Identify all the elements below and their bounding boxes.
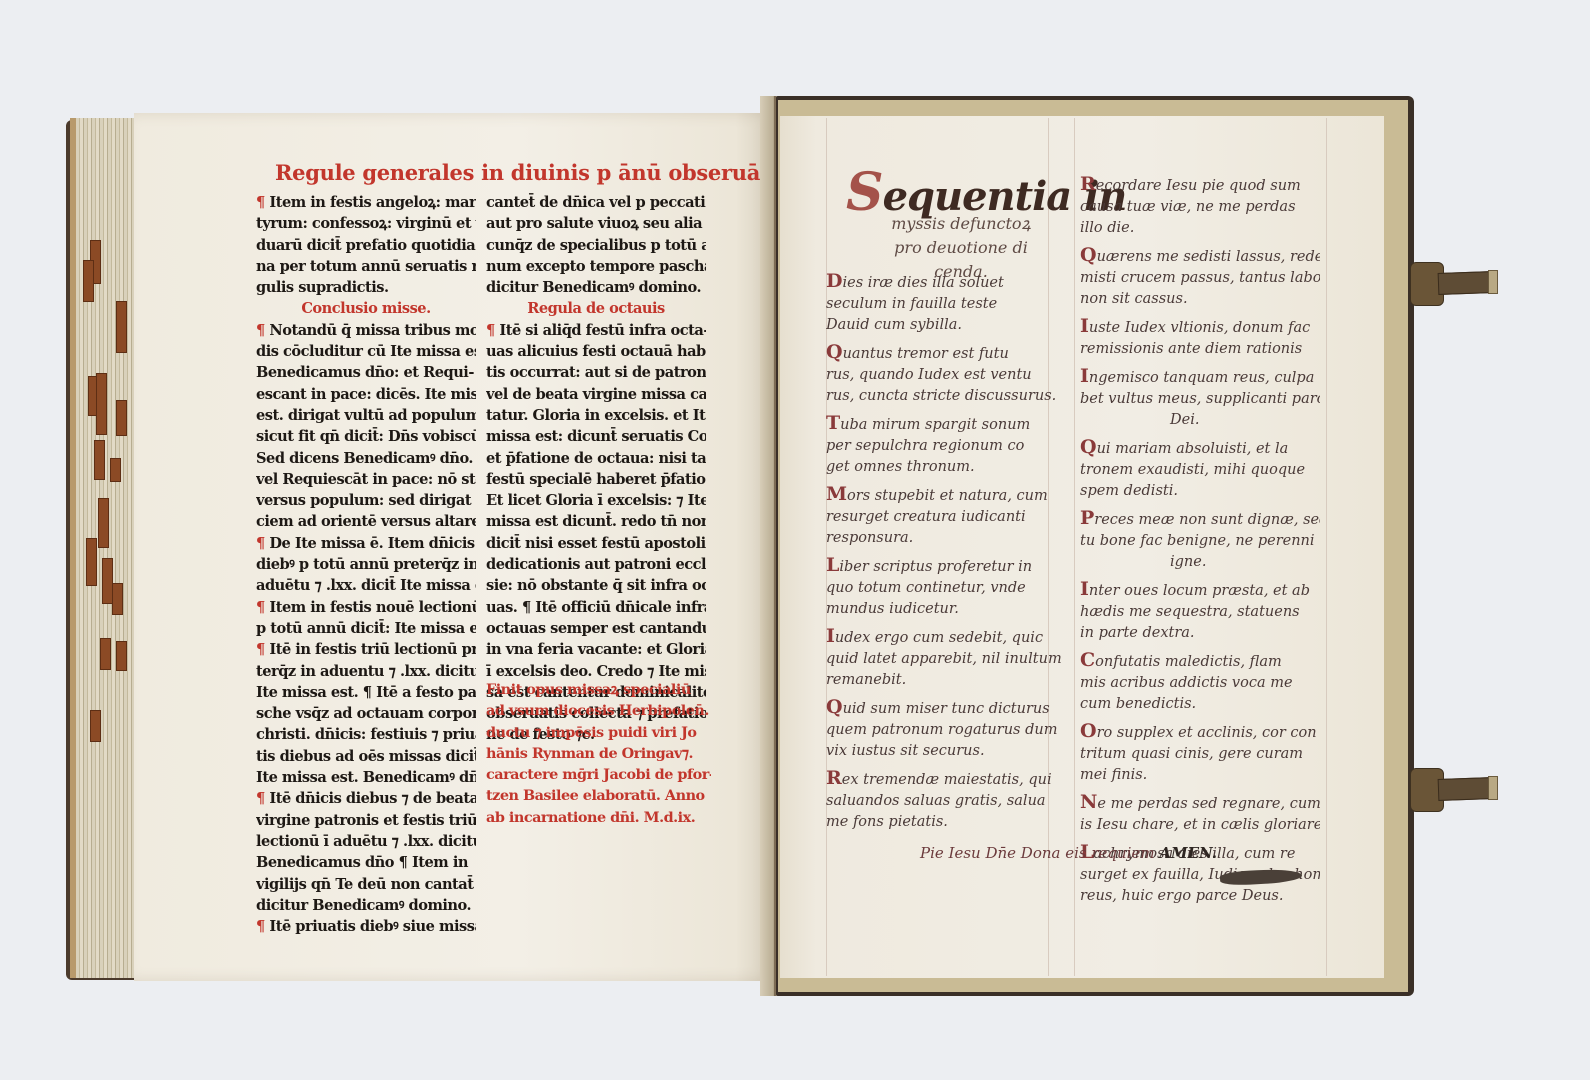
manuscript-text: iber scriptus proferetur in	[839, 559, 1032, 575]
manuscript-line: non sit cassus.	[1080, 289, 1320, 310]
manuscript-line: mundus iudicetur.	[826, 599, 1066, 620]
stanza: Liber scriptus proferetur inquo totum co…	[826, 555, 1066, 620]
stanza: Rex tremendæ maiestatis, quisaluandos sa…	[826, 768, 1066, 833]
printed-line: Ite missa est. ¶ Itē a festo pa-	[256, 682, 476, 703]
red-initial: R	[826, 768, 842, 789]
manuscript-line: me fons pietatis.	[826, 812, 1066, 833]
printed-line: diebꝰ p totū annū preterq̄z in	[256, 554, 476, 575]
manuscript-line: quid latet apparebit, nil inultum	[826, 649, 1066, 670]
red-initial: N	[1080, 792, 1097, 813]
manuscript-text: hædis me sequestra, statuens	[1080, 604, 1300, 620]
leather-tab	[116, 641, 127, 671]
manuscript-line: Dei.	[1080, 410, 1320, 431]
printed-line: missa est: dicunt̄ seruatis Coll.	[486, 426, 706, 447]
printed-line: sie: nō obstante q̄ sit infra octa	[486, 575, 706, 596]
rubric-heading: Conclusio misse.	[256, 298, 476, 319]
manuscript-line: bet vultus meus, supplicanti parce	[1080, 389, 1320, 410]
manuscript-line: seculum in fauilla teste	[826, 294, 1066, 315]
printed-line: tatur. Gloria in excelsis. et Ite	[486, 405, 706, 426]
printed-line: dicitur Benedicamꝰ domino.	[486, 277, 706, 298]
manuscript-text: nter oues locum præsta, et ab	[1089, 583, 1310, 599]
red-initial: Q	[826, 342, 843, 363]
closing-text: Pie Iesu Dn̄e Dona eis requiem	[920, 844, 1155, 862]
manuscript-text: uid sum miser tunc dicturus	[843, 701, 1050, 717]
manuscript-text: ro supplex et acclinis, cor con	[1097, 725, 1317, 741]
manuscript-text: non sit cassus.	[1080, 291, 1188, 307]
stanza: Inter oues locum præsta, et abhædis me s…	[1080, 579, 1320, 644]
printed-column-b: cantet̄ de dn̄ica vel p peccatisaut pro …	[486, 192, 706, 746]
manuscript-line: Ne me perdas sed regnare, cum tu	[1080, 792, 1320, 815]
manuscript-line: get omnes thronum.	[826, 457, 1066, 478]
manuscript-text: udex ergo cum sedebit, quic	[835, 630, 1043, 646]
printed-line: versus populum: sed dirigat fa	[256, 490, 476, 511]
colophon-line: ad vsum diocesis Herbipolen̄.	[486, 700, 711, 721]
printed-page-title: Regule generales in diuinis p ānū obseru…	[275, 160, 695, 185]
manuscript-text: ex tremendæ maiestatis, qui	[842, 772, 1052, 788]
pilcrow-icon: ¶	[256, 194, 265, 211]
pilcrow-icon: ¶	[256, 790, 265, 807]
manuscript-text: causa tuæ viæ, ne me perdas	[1080, 199, 1296, 215]
pilcrow-icon: ¶	[256, 535, 265, 552]
pilcrow-icon: ¶	[256, 599, 265, 616]
manuscript-line: resurget creatura iudicanti	[826, 507, 1066, 528]
red-initial: Q	[826, 697, 843, 718]
manuscript-text: remanebit.	[826, 672, 906, 688]
printed-line: dedicationis aut patroni eccle	[486, 554, 706, 575]
metal-clasp-top	[1410, 262, 1496, 304]
printed-line: na per totum annū seruatis re	[256, 256, 476, 277]
printed-line: ¶ Item in festis angeloꝝ: mar	[256, 192, 476, 213]
stanza: Tuba mirum spargit sonumper sepulchra re…	[826, 413, 1066, 478]
manuscript-text: uantus tremor est futu	[843, 346, 1009, 362]
printed-line: ciem ad orientē versus altare.	[256, 511, 476, 532]
manuscript-line: Dauid cum sybilla.	[826, 315, 1066, 336]
manuscript-line: Iuste Iudex vltionis, donum fac	[1080, 316, 1320, 339]
printed-line: sche vsq̄z ad octauam corporis	[256, 703, 476, 724]
manuscript-text: onfutatis maledictis, flam	[1095, 654, 1282, 670]
leather-tab	[112, 583, 123, 615]
manuscript-text: mis acribus addictis voca me	[1080, 675, 1293, 691]
manuscript-text: ui mariam absoluisti, et la	[1097, 441, 1289, 457]
stanza: Iuste Iudex vltionis, donum facremission…	[1080, 316, 1320, 360]
pilcrow-icon: ¶	[256, 918, 265, 935]
manuscript-text: quid latet apparebit, nil inultum	[826, 651, 1062, 667]
manuscript-text: mei finis.	[1080, 767, 1147, 783]
amen-text: AMEN.	[1159, 844, 1217, 862]
stanza: Confutatis maledictis, flammis acribus a…	[1080, 650, 1320, 715]
printed-line: terq̄z in aduentu ⁊ .lxx. dicitur:	[256, 661, 476, 682]
manuscript-line: Mors stupebit et natura, cum	[826, 484, 1066, 507]
manuscript-line: mis acribus addictis voca me	[1080, 673, 1320, 694]
manuscript-text: uba mirum spargit sonum	[840, 417, 1030, 433]
manuscript-text: tritum quasi cinis, gere curam	[1080, 746, 1303, 762]
printed-line: escant in pace: dicēs. Ite missa	[256, 384, 476, 405]
printed-line: Ite missa est. Benedicamꝰ dn̄o	[256, 767, 476, 788]
manuscript-line: tu bone fac benigne, ne perenni	[1080, 531, 1320, 552]
colophon: Finit opus missaꝝ specialiū ad vsum dioc…	[486, 679, 711, 828]
red-initial: R	[1080, 174, 1096, 195]
manuscript-line: Preces meæ non sunt dignæ, sed	[1080, 508, 1320, 531]
printed-text: Itē dn̄icis diebus ⁊ de beata	[265, 790, 476, 807]
red-initial: Q	[1080, 437, 1097, 458]
colophon-line: ductu ⁊ impēsis puidi viri Jo	[486, 722, 711, 743]
printed-line: p totū annū dicit̄: Ite missa est.	[256, 618, 476, 639]
manuscript-text: cum benedictis.	[1080, 696, 1196, 712]
stanza: Mors stupebit et natura, cumresurget cre…	[826, 484, 1066, 549]
manuscript-text: resurget creatura iudicanti	[826, 509, 1026, 525]
pilcrow-icon: ¶	[256, 322, 265, 339]
stanza: Quærens me sedisti lassus, redemisti cru…	[1080, 245, 1320, 310]
manuscript-line: spem dedisti.	[1080, 481, 1320, 502]
manuscript-text: me fons pietatis.	[826, 814, 948, 830]
printed-line: Benedicamus dn̄o: et Requi-	[256, 362, 476, 383]
manuscript-line: reus, huic ergo parce Deus.	[1080, 886, 1320, 907]
ruling-line	[1326, 118, 1327, 976]
manuscript-text: vix iustus sit securus.	[826, 743, 985, 759]
printed-line: dicitur Benedicamꝰ domino.	[256, 895, 476, 916]
red-initial: L	[826, 555, 839, 576]
printed-line: ¶ Item in festis nouē lectionū	[256, 597, 476, 618]
printed-line: tis diebus ad oēs missas dicit̄	[256, 746, 476, 767]
printed-line: festū specialē haberet p̄fationē	[486, 469, 706, 490]
printed-line: ¶ De Ite missa ē. Item dn̄icis	[256, 533, 476, 554]
manuscript-line: misti crucem passus, tantus labor	[1080, 268, 1320, 289]
manuscript-text: Dei.	[1170, 412, 1199, 428]
manuscript-line: quo totum continetur, vnde	[826, 578, 1066, 599]
manuscript-line: hædis me sequestra, statuens	[1080, 602, 1320, 623]
manuscript-line: remissionis ante diem rationis	[1080, 339, 1320, 360]
printed-line: ¶ Itē dn̄icis diebus ⁊ de beata	[256, 788, 476, 809]
manuscript-text: seculum in fauilla teste	[826, 296, 997, 312]
manuscript-line: Oro supplex et acclinis, cor con	[1080, 721, 1320, 744]
manuscript-line: vix iustus sit securus.	[826, 741, 1066, 762]
leather-tab	[83, 260, 94, 302]
printed-line: virgine patronis et festis triū	[256, 810, 476, 831]
red-initial: C	[1080, 650, 1095, 671]
printed-line: duarū dicit̄ prefatio quotidia-	[256, 235, 476, 256]
manuscript-text: Dauid cum sybilla.	[826, 317, 962, 333]
manuscript-text: misti crucem passus, tantus labor	[1080, 270, 1320, 286]
manuscript-text: quo totum continetur, vnde	[826, 580, 1026, 596]
manuscript-line: Tuba mirum spargit sonum	[826, 413, 1066, 436]
stanza: Oro supplex et acclinis, cor contritum q…	[1080, 721, 1320, 786]
manuscript-line: Iudex ergo cum sedebit, quic	[826, 626, 1066, 649]
printed-line: aut pro salute viuoꝝ seu alia q̄	[486, 213, 706, 234]
printed-line: missa est dicunt̄. redo tn̄ non	[486, 511, 706, 532]
manuscript-text: reces meæ non sunt dignæ, sed	[1094, 512, 1320, 528]
manuscript-text: mundus iudicetur.	[826, 601, 959, 617]
closing-line: Pie Iesu Dn̄e Dona eis requiem AMEN.	[920, 844, 1217, 862]
manuscript-line: Qui mariam absoluisti, et la	[1080, 437, 1320, 460]
manuscript-line: responsura.	[826, 528, 1066, 549]
colophon-line: Finit opus missaꝝ specialiū	[486, 679, 711, 700]
leather-tab	[116, 400, 127, 436]
printed-line: in vna feria vacante: et Gloria	[486, 639, 706, 660]
printed-line: num excepto tempore paschali	[486, 256, 706, 277]
manuscript-line: illo die.	[1080, 218, 1320, 239]
printed-line: est. dirigat vultū ad populum.	[256, 405, 476, 426]
manuscript-text: ies iræ dies illa soluet	[842, 275, 1003, 291]
open-book: Regule generales in diuinis p ānū obseru…	[0, 0, 1590, 1080]
manuscript-text: is Iesu chare, et in cælis gloriare	[1080, 817, 1320, 833]
stanza: Quantus tremor est futurus, quando Iudex…	[826, 342, 1066, 407]
manuscript-line: is Iesu chare, et in cælis gloriare	[1080, 815, 1320, 836]
printed-line: cunq̄z de specialibus p totū an	[486, 235, 706, 256]
printed-line: christi. dn̄icis: festiuis ⁊ priua-	[256, 724, 476, 745]
red-initial: P	[1080, 508, 1094, 529]
printed-line: dis cōcluditur cū Ite missa est.	[256, 341, 476, 362]
manuscript-line: Recordare Iesu pie quod sum	[1080, 174, 1320, 197]
printed-line: lectionū ī aduētu ⁊ .lxx. dicitur	[256, 831, 476, 852]
printed-line: octauas semper est cantanduz	[486, 618, 706, 639]
subtitle-line: myssis defunctoꝝ	[866, 212, 1056, 236]
colophon-line: hānis Rynman de Oringav⁊.	[486, 743, 711, 764]
printed-line: dicit̄ nisi esset festū apostoli vel	[486, 533, 706, 554]
stanza: Quid sum miser tunc dicturusquem patronu…	[826, 697, 1066, 762]
manuscript-text: uste Iudex vltionis, donum fac	[1089, 320, 1310, 336]
printed-line: cantet̄ de dn̄ica vel p peccatis	[486, 192, 706, 213]
printed-text: Itē priuatis diebꝰ siue missa	[265, 918, 476, 935]
manuscript-text: per sepulchra regionum co	[826, 438, 1024, 454]
red-initial: M	[826, 484, 847, 505]
rubric-heading: Regula de octauis	[486, 298, 706, 319]
manuscript-line: Dies iræ dies illa soluet	[826, 271, 1066, 294]
red-initial: I	[1080, 316, 1089, 337]
manuscript-line: Ingemisco tanquam reus, culpa ru	[1080, 366, 1320, 389]
printed-line: tis occurrat: aut si de patronis	[486, 362, 706, 383]
leather-tab	[98, 498, 109, 548]
printed-text: Itē in festis triū lectionū pre	[265, 641, 476, 658]
printed-line: ¶ Itē priuatis diebꝰ siue missa	[256, 916, 476, 937]
printed-text: Item in festis angeloꝝ: mar	[265, 194, 476, 211]
printed-text: Notandū q̄ missa tribus mo	[265, 322, 476, 339]
manuscript-text: quem patronum rogaturus dum	[826, 722, 1057, 738]
manuscript-line: Quærens me sedisti lassus, rede	[1080, 245, 1320, 268]
leather-tab	[116, 301, 127, 353]
printed-line: ¶ Notandū q̄ missa tribus mo	[256, 320, 476, 341]
manuscript-column-a: Dies iræ dies illa soluetseculum in faui…	[826, 271, 1066, 839]
manuscript-line: igne.	[1080, 552, 1320, 573]
pilcrow-icon: ¶	[486, 322, 495, 339]
manuscript-text: reus, huic ergo parce Deus.	[1080, 888, 1283, 904]
manuscript-line: causa tuæ viæ, ne me perdas	[1080, 197, 1320, 218]
manuscript-text: e me perdas sed regnare, cum tu	[1097, 796, 1320, 812]
manuscript-text: igne.	[1170, 554, 1206, 570]
colophon-line: ab incarnatione dn̄i. M.d.ix.	[486, 807, 711, 828]
red-initial: O	[1080, 721, 1097, 742]
manuscript-line: remanebit.	[826, 670, 1066, 691]
printed-line: tyrum: confessoꝝ: virginū et vi	[256, 213, 476, 234]
manuscript-text: tronem exaudisti, mihi quoque	[1080, 462, 1305, 478]
manuscript-column-b: Recordare Iesu pie quod sumcausa tuæ viæ…	[1080, 174, 1320, 913]
stanza: Recordare Iesu pie quod sumcausa tuæ viæ…	[1080, 174, 1320, 239]
printed-line: Et licet Gloria ī excelsis: ⁊ Ite	[486, 490, 706, 511]
printed-line: aduētu ⁊ .lxx. dicit̄ Ite missa ē.	[256, 575, 476, 596]
printed-line: uas. ¶ Itē officiū dn̄icale infra	[486, 597, 706, 618]
manuscript-text: uærens me sedisti lassus, rede	[1097, 249, 1320, 265]
printed-line: uas alicuius festi octauā habē	[486, 341, 706, 362]
red-initial: I	[1080, 366, 1089, 387]
manuscript-text: bet vultus meus, supplicanti parce	[1080, 391, 1320, 407]
printed-text: Item in festis nouē lectionū	[265, 599, 476, 616]
printed-column-a: ¶ Item in festis angeloꝝ: martyrum: conf…	[256, 192, 476, 937]
manuscript-text: responsura.	[826, 530, 913, 546]
stanza: Dies iræ dies illa soluetseculum in faui…	[826, 271, 1066, 336]
stanza: Preces meæ non sunt dignæ, sedtu bone fa…	[1080, 508, 1320, 573]
red-initial: T	[826, 413, 840, 434]
subtitle-line: pro deuotione di	[866, 236, 1056, 260]
manuscript-text: ecordare Iesu pie quod sum	[1096, 178, 1301, 194]
manuscript-text: illo die.	[1080, 220, 1134, 236]
manuscript-line: Quantus tremor est futu	[826, 342, 1066, 365]
manuscript-line: cum benedictis.	[1080, 694, 1320, 715]
leather-tab	[100, 638, 111, 670]
stanza: Iudex ergo cum sedebit, quicquid latet a…	[826, 626, 1066, 691]
manuscript-line: rus, quando Iudex est ventu	[826, 365, 1066, 386]
manuscript-line: tronem exaudisti, mihi quoque	[1080, 460, 1320, 481]
printed-line: et p̄fatione de octaua: nisi tale	[486, 448, 706, 469]
manuscript-text: saluandos saluas gratis, salua	[826, 793, 1046, 809]
manuscript-text: get omnes thronum.	[826, 459, 975, 475]
colophon-line: caractere mḡri Jacobi de pfor-	[486, 764, 711, 785]
manuscript-line: tritum quasi cinis, gere curam	[1080, 744, 1320, 765]
manuscript-line: Liber scriptus proferetur in	[826, 555, 1066, 578]
leather-tab	[110, 458, 121, 482]
manuscript-line: Confutatis maledictis, flam	[1080, 650, 1320, 673]
stanza: Ne me perdas sed regnare, cum tuis Iesu …	[1080, 792, 1320, 836]
red-initial: I	[826, 626, 835, 647]
manuscript-line: quem patronum rogaturus dum	[826, 720, 1066, 741]
manuscript-text: tu bone fac benigne, ne perenni	[1080, 533, 1315, 549]
manuscript-text: rus, quando Iudex est ventu	[826, 367, 1032, 383]
printed-line: vel Requiescāt in pace: nō stet	[256, 469, 476, 490]
manuscript-text: spem dedisti.	[1080, 483, 1178, 499]
manuscript-text: rus, cuncta stricte discussurus.	[826, 388, 1056, 404]
manuscript-text: ors stupebit et natura, cum	[847, 488, 1048, 504]
leather-tab	[86, 538, 97, 586]
manuscript-line: Inter oues locum præsta, et ab	[1080, 579, 1320, 602]
colophon-line: tzen Basilee elaboratū. Anno	[486, 785, 711, 806]
pilcrow-icon: ¶	[256, 641, 265, 658]
leather-tab	[96, 373, 107, 435]
stanza: Qui mariam absoluisti, et latronem exaud…	[1080, 437, 1320, 502]
printed-line: ¶ Itē in festis triū lectionū pre	[256, 639, 476, 660]
printed-line: Benedicamus dn̄o ¶ Item in	[256, 852, 476, 873]
manuscript-line: rus, cuncta stricte discussurus.	[826, 386, 1066, 407]
printed-line: vel de beata virgine missa can-	[486, 384, 706, 405]
leather-tab	[90, 710, 101, 742]
manuscript-line: Quid sum miser tunc dicturus	[826, 697, 1066, 720]
manuscript-text: remissionis ante diem rationis	[1080, 341, 1302, 357]
printed-line: ¶ Itē si aliq̄d festū infra octa-	[486, 320, 706, 341]
manuscript-line: Rex tremendæ maiestatis, qui	[826, 768, 1066, 791]
stanza: Ingemisco tanquam reus, culpa rubet vult…	[1080, 366, 1320, 431]
red-initial: Q	[1080, 245, 1097, 266]
manuscript-line: saluandos saluas gratis, salua	[826, 791, 1066, 812]
printed-text: Itē si aliq̄d festū infra octa-	[495, 322, 706, 339]
printed-line: Sed dicens Benedicamꝰ dn̄o.	[256, 448, 476, 469]
printed-line: sicut fit qn̄ dicit̄: Dn̄s vobiscū.	[256, 426, 476, 447]
metal-clasp-bottom	[1410, 768, 1496, 810]
printed-line: gulis supradictis.	[256, 277, 476, 298]
manuscript-text: in parte dextra.	[1080, 625, 1195, 641]
manuscript-line: mei finis.	[1080, 765, 1320, 786]
red-initial: D	[826, 271, 842, 292]
printed-line: vigilijs qn̄ Te deū non cantat̄	[256, 874, 476, 895]
manuscript-text: ngemisco tanquam reus, culpa ru	[1089, 370, 1320, 386]
manuscript-line: in parte dextra.	[1080, 623, 1320, 644]
red-initial: I	[1080, 579, 1089, 600]
manuscript-line: per sepulchra regionum co	[826, 436, 1066, 457]
leather-tab	[94, 440, 105, 480]
printed-text: De Ite missa ē. Item dn̄icis	[265, 535, 475, 552]
page-edges	[70, 118, 142, 978]
